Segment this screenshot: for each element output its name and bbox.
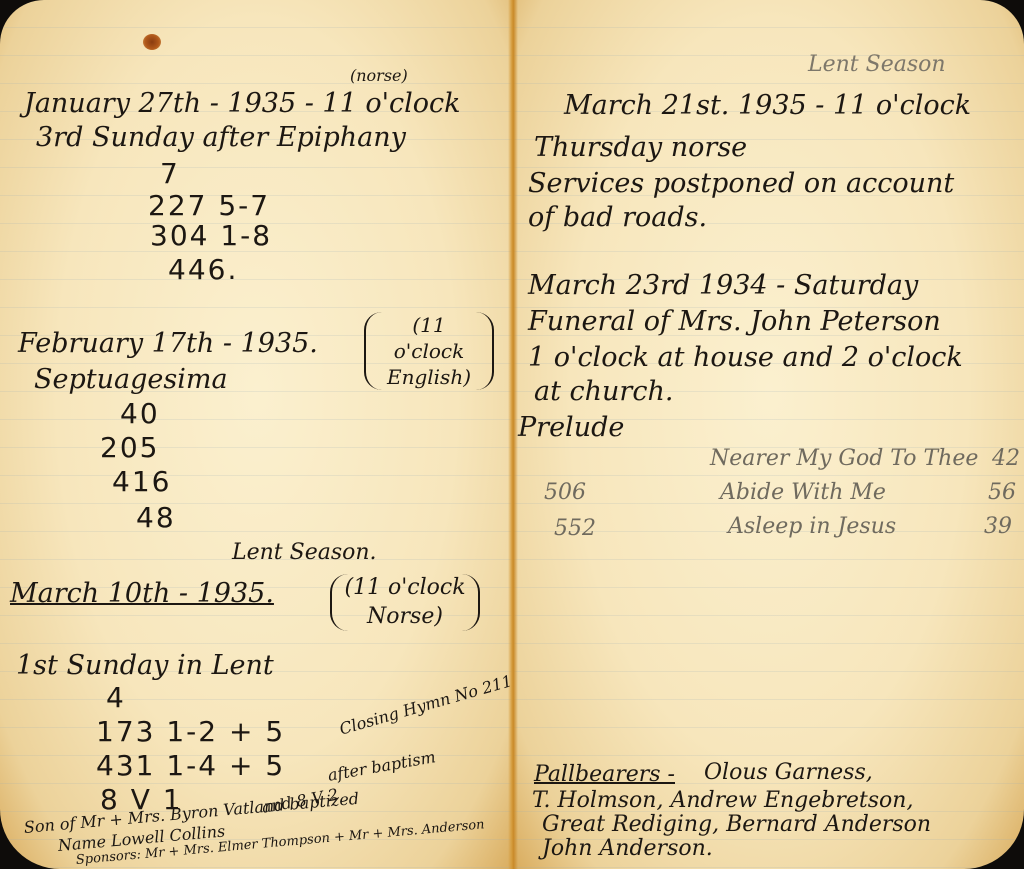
prelude-page: 56 (988, 482, 1016, 504)
right-page: Lent Season March 21st. 1935 - 11 o'cloc… (514, 0, 1024, 869)
hymn-number: 227 5-7 (148, 192, 270, 220)
hymn-number: 205 (100, 434, 159, 462)
entry-date: March 21st. 1935 - 11 o'clock (564, 92, 971, 119)
hymn-number: 416 (112, 468, 171, 496)
prelude-title: Abide With Me (720, 482, 886, 504)
prelude-title: Asleep in Jesus (728, 516, 896, 538)
entry-note: of bad roads. (528, 204, 707, 231)
prelude-title: Nearer My God To Thee (710, 448, 978, 470)
prelude-number: 552 (554, 518, 596, 540)
notebook-spine (508, 0, 518, 869)
hymn-number: 431 1-4 + 5 (96, 752, 285, 780)
hymn-number: 173 1-2 + 5 (96, 718, 285, 746)
time-language-note: (11 o'clock English) (364, 312, 494, 390)
entry-date: March 23rd 1934 - Saturday (528, 272, 918, 299)
hymn-number: 40 (120, 400, 160, 428)
hymn-number: 7 (160, 160, 180, 188)
prelude-label: Prelude (518, 414, 624, 441)
ink-stain (143, 34, 161, 50)
pallbearer-names: T. Holmson, Andrew Engebretson, (532, 790, 913, 812)
notebook-spread: (norse) January 27th - 1935 - 11 o'clock… (0, 0, 1024, 869)
entry-date: January 27th - 1935 - 11 o'clock (24, 90, 461, 117)
left-page: (norse) January 27th - 1935 - 11 o'clock… (0, 0, 514, 869)
closing-hymn-note: Closing Hymn No 211. (338, 672, 514, 738)
after-baptism-note: after baptism (327, 749, 437, 784)
entry-line: at church. (534, 378, 673, 405)
pallbearers-label: Pallbearers - (534, 764, 675, 786)
language-note: (norse) (350, 68, 408, 84)
season-note: Lent Season. (232, 542, 377, 564)
prelude-number: 506 (544, 482, 586, 504)
entry-occasion: Septuagesima (34, 366, 228, 393)
entry-line: Funeral of Mrs. John Peterson (528, 308, 941, 335)
prelude-page: 39 (984, 516, 1012, 538)
pallbearer-names: Great Rediging, Bernard Anderson (542, 814, 931, 836)
hymn-number: 304 1-8 (150, 222, 272, 250)
hymn-number: 446. (168, 256, 238, 284)
entry-occasion: 1st Sunday in Lent (16, 652, 274, 679)
pallbearer-names: John Anderson. (542, 838, 713, 860)
entry-occasion: 3rd Sunday after Epiphany (36, 124, 406, 151)
season-note: Lent Season (808, 54, 946, 76)
entry-date: March 10th - 1935. (10, 580, 274, 607)
prelude-page: 42 (992, 448, 1020, 470)
entry-note: Services postponed on account (528, 170, 954, 197)
hymn-number: 4 (106, 684, 126, 712)
entry-line: 1 o'clock at house and 2 o'clock (528, 344, 963, 371)
time-language-note: (11 o'clock Norse) (330, 574, 480, 631)
entry-date: February 17th - 1935. (18, 330, 318, 357)
day-language: Thursday norse (534, 134, 747, 161)
pallbearer-names: Olous Garness, (704, 762, 873, 784)
hymn-number: 48 (136, 504, 176, 532)
